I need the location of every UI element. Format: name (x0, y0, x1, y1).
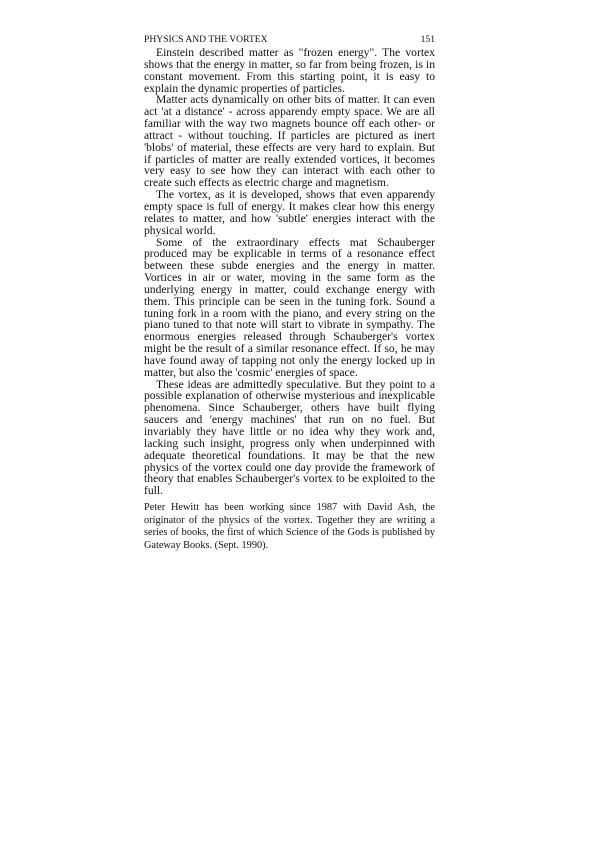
page: PHYSICS AND THE VORTEX 151 Einstein desc… (144, 34, 435, 552)
author-bio: Peter Hewitt has been working since 1987… (144, 502, 435, 552)
paragraph: Einstein described matter as "frozen ene… (144, 47, 435, 94)
paragraph: Some of the extraordinary effects mat Sc… (144, 237, 435, 379)
article-body: Einstein described matter as "frozen ene… (144, 47, 435, 497)
paragraph: Matter acts dynamically on other bits of… (144, 94, 435, 189)
paragraph: The vortex, as it is developed, shows th… (144, 189, 435, 236)
paragraph: These ideas are admittedly speculative. … (144, 379, 435, 497)
